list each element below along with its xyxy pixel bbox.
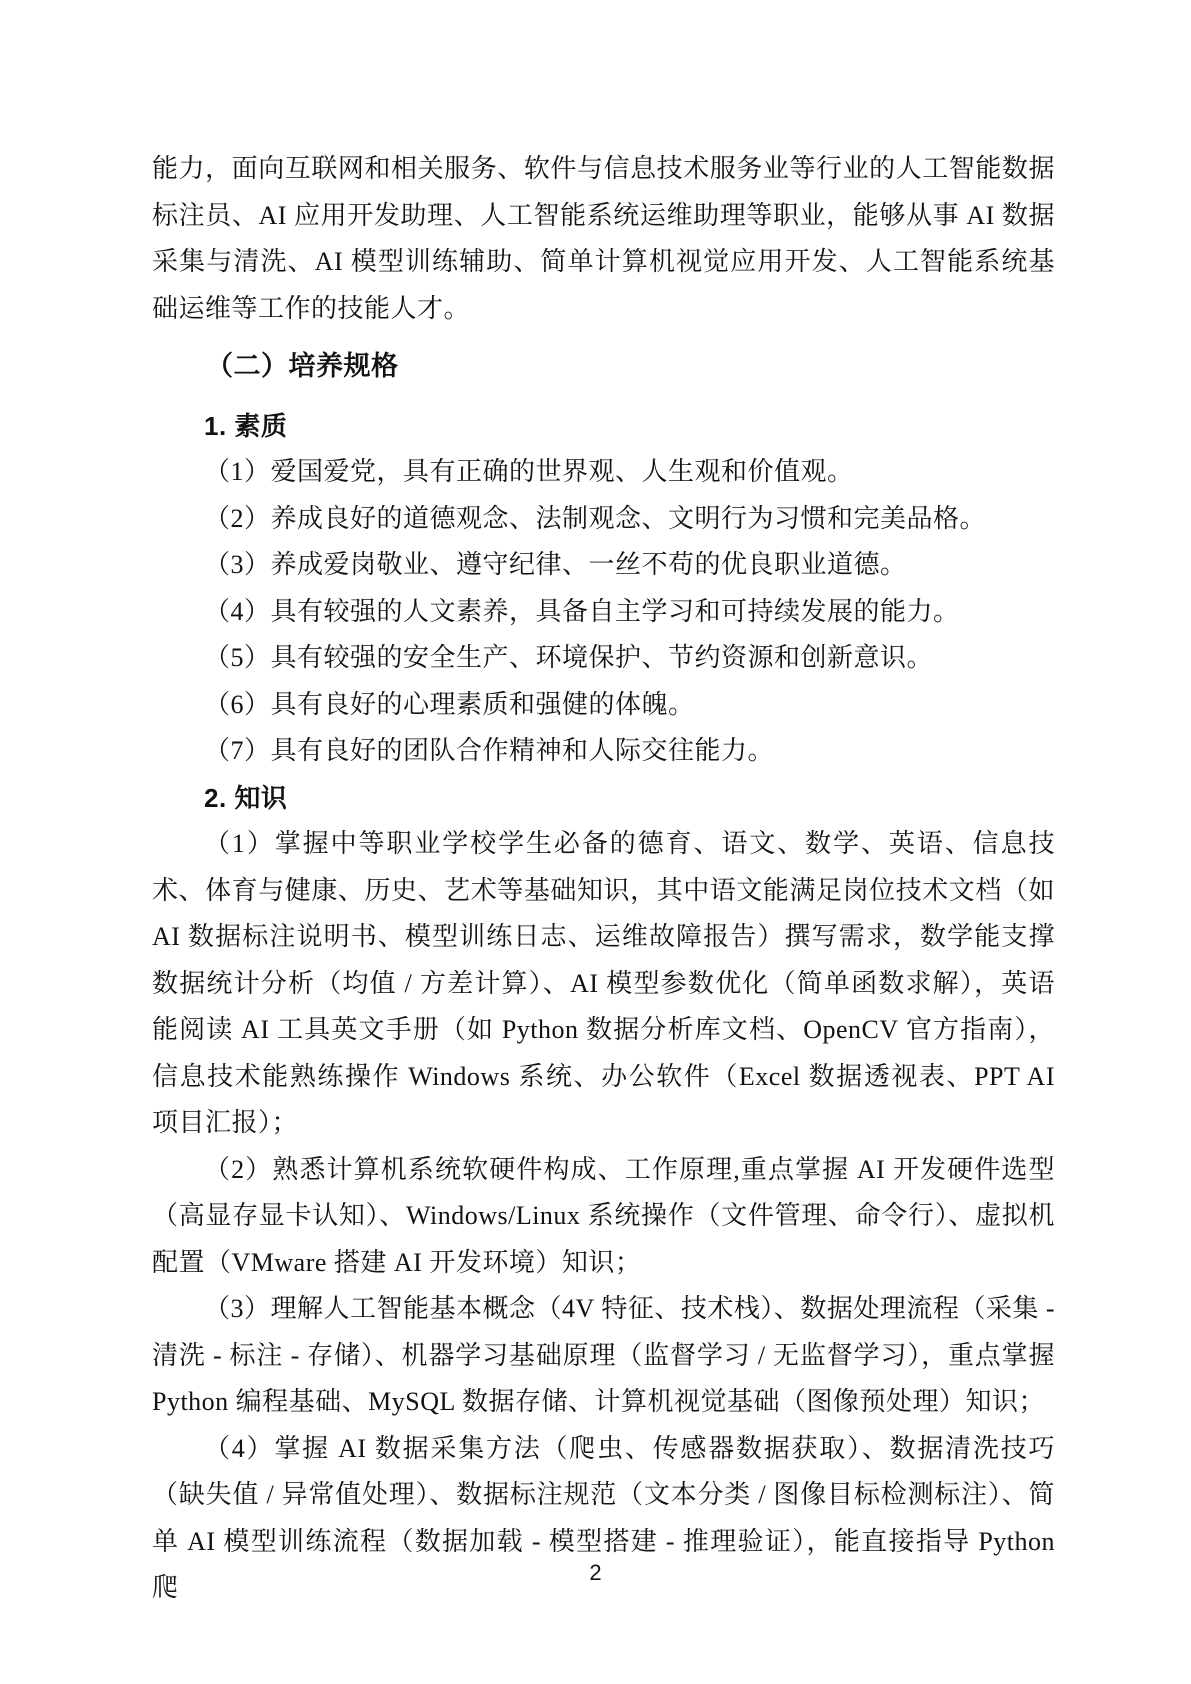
knowledge-item-2: （2）熟悉计算机系统软硬件构成、工作原理,重点掌握 AI 开发硬件选型（高显存显… xyxy=(152,1147,1055,1287)
section-heading-training-specs: （二）培养规格 xyxy=(152,343,1055,390)
subsection-heading-quality: 1. 素质 xyxy=(152,403,1055,450)
para-intro-continuation: 能力，面向互联网和相关服务、软件与信息技术服务业等行业的人工智能数据标注员、AI… xyxy=(152,146,1055,332)
page-number: 2 xyxy=(0,1560,1191,1586)
knowledge-item-1: （1）掌握中等职业学校学生必备的德育、语文、数学、英语、信息技术、体育与健康、历… xyxy=(152,821,1055,1147)
quality-item-6: （6）具有良好的心理素质和强健的体魄。 xyxy=(152,682,1055,729)
quality-item-2: （2）养成良好的道德观念、法制观念、文明行为习惯和完美品格。 xyxy=(152,496,1055,543)
subsection-heading-knowledge: 2. 知识 xyxy=(152,775,1055,822)
quality-item-3: （3）养成爱岗敬业、遵守纪律、一丝不苟的优良职业道德。 xyxy=(152,542,1055,589)
quality-item-1: （1）爱国爱党，具有正确的世界观、人生观和价值观。 xyxy=(152,449,1055,496)
quality-item-4: （4）具有较强的人文素养，具备自主学习和可持续发展的能力。 xyxy=(152,589,1055,636)
quality-item-5: （5）具有较强的安全生产、环境保护、节约资源和创新意识。 xyxy=(152,635,1055,682)
knowledge-item-3: （3）理解人工智能基本概念（4V 特征、技术栈）、数据处理流程（采集 - 清洗 … xyxy=(152,1286,1055,1426)
quality-item-7: （7）具有良好的团队合作精神和人际交往能力。 xyxy=(152,728,1055,775)
document-page: 能力，面向互联网和相关服务、软件与信息技术服务业等行业的人工智能数据标注员、AI… xyxy=(0,0,1191,1684)
page-content: 能力，面向互联网和相关服务、软件与信息技术服务业等行业的人工智能数据标注员、AI… xyxy=(152,146,1055,1612)
